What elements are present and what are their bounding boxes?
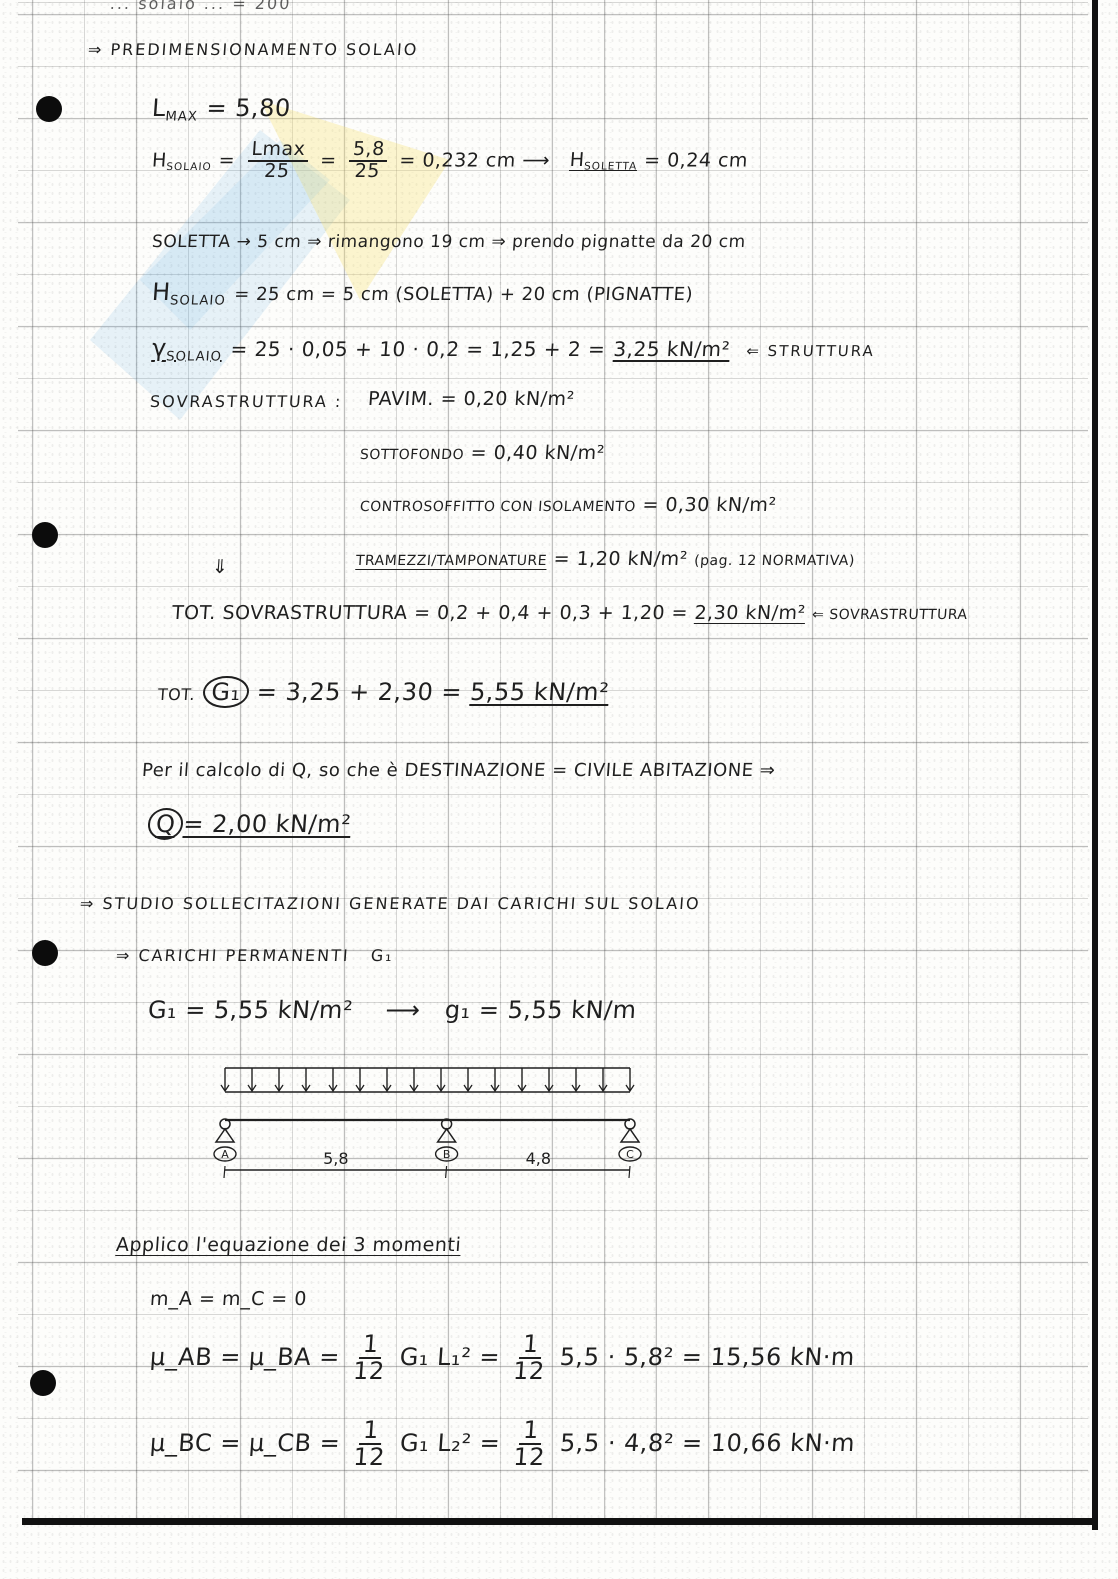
g1-total-line: TOT. G₁ = 3,25 + 2,30 = 5,55 kN/m² [157,676,610,708]
header-partial: ... solaio ... = 200 [109,0,292,13]
total-label: TOT. SOVRASTRUTTURA [171,602,408,624]
lhs: μ_AB = μ_BA = [149,1343,341,1371]
gamma-solaio-line: γSOLAIO = 25 · 0,05 + 10 · 0,2 = 1,25 + … [151,334,876,365]
frac-den: 12 [352,1445,385,1470]
punch-hole [30,1370,56,1396]
frac-num: Lmax [248,140,310,162]
frac-num: 1 [519,1418,543,1445]
fraction-1-12: 112 [352,1332,387,1384]
g1-text: = 3,25 + 2,30 = [256,678,463,706]
q-intro-line: Per il calcolo di Q, so che è DESTINAZIO… [141,760,776,781]
q-result: = 2,00 kN/m² [182,810,352,838]
sovrastruttura-label: SOVRASTRUTTURA : [149,392,343,411]
punch-hole [36,96,62,122]
punch-hole [32,522,58,548]
q-circled: Q [147,808,185,840]
arrow-icon: ⟶ [385,996,422,1024]
total-note: ⇐ SOVRASTRUTTURA [812,607,969,623]
tot-prefix: TOT. [157,685,196,704]
g1-line-load: g₁ = 5,55 kN/m [444,996,638,1024]
calc: 5,5 · 4,8² = [559,1429,704,1457]
h-symbol: H [151,149,167,171]
mid: G₁ L₂² = [399,1429,501,1457]
hsolaio-total-line: HSOLAIO = 25 cm = 5 cm (SOLETTA) + 20 cm… [151,278,694,309]
sovra-item-sottofondo: SOTTOFONDO = 0,40 kN/m² [359,442,605,464]
frac-num: 1 [359,1332,383,1359]
sovra-item-controsoffitto: CONTROSOFFITTO CON ISOLAMENTO = 0,30 kN/… [359,494,777,516]
g1-result: 5,55 kN/m² [469,678,610,706]
fraction-lmax-25: Lmax25 [246,140,309,182]
svg-text:A: A [221,1148,229,1161]
item-name: CONTROSOFFITTO CON ISOLAMENTO [359,499,636,515]
total-text: = 0,2 + 0,4 + 0,3 + 1,20 = [413,602,688,624]
struttura-note: ⇐ STRUTTURA [746,342,876,360]
lmax-sub: MAX [165,110,198,125]
soletta-line: SOLETTA → 5 cm ⇒ rimangono 19 cm ⇒ prend… [151,232,746,252]
frac-den: 12 [513,1445,546,1470]
total-result: 2,30 kN/m² [694,602,807,624]
item-value: = 0,20 kN/m² [440,388,576,410]
svg-text:B: B [443,1148,451,1161]
scan-edge-right [1092,0,1098,1530]
fraction-58-25: 5,825 [348,140,389,182]
hsolaio-result: = 0,232 cm ⟶ [399,149,551,171]
h-sub: SOLAIO [166,161,212,173]
subtitle-symbol: G₁ [370,946,394,965]
frac-den: 12 [512,1359,545,1384]
down-arrow: ⇓ [211,556,229,578]
g1-circled: G₁ [202,676,249,708]
gamma-symbol: γSOLAIO [151,334,223,362]
gamma-sub: SOLAIO [166,350,223,365]
section-title-predimensionamento: ⇒ PREDIMENSIONAMENTO SOLAIO [87,40,419,59]
fraction-1-12: 112 [352,1418,387,1470]
fraction-1-12: 112 [513,1418,548,1470]
punch-hole [32,940,58,966]
sovra-item-pavimento: PAVIM. = 0,20 kN/m² [367,388,575,410]
section-title-studio: ⇒ STUDIO SOLLECITAZIONI GENERATE DAI CAR… [79,894,701,913]
svg-text:4,8: 4,8 [526,1149,551,1168]
item-value: = 1,20 kN/m² [553,548,689,570]
lhs: μ_BC = μ_CB = [149,1429,341,1457]
svg-text:5,8: 5,8 [323,1149,348,1168]
h-sub: SOLAIO [169,294,226,309]
hsolaio-total-text: = 25 cm = 5 cm (SOLETTA) + 20 cm (PIGNAT… [234,284,694,305]
gamma-result: 3,25 kN/m² [613,337,731,361]
fraction-1-12: 112 [512,1332,547,1384]
continuous-beam-diagram: ABC5,84,8 [200,1060,660,1190]
g1-load-line: G₁ = 5,55 kN/m² ⟶ g₁ = 5,55 kN/m [147,996,637,1024]
frac-den: 12 [352,1359,385,1384]
moment-eq-bc: μ_BC = μ_CB = 112 G₁ L₂² = 112 5,5 · 4,8… [148,1418,857,1470]
boundary-condition: m_A = m_C = 0 [149,1288,307,1310]
svg-text:C: C [626,1148,634,1161]
result: 15,56 kN·m [710,1343,856,1371]
hsolaio-calc-line: HSOLAIO = Lmax25 = 5,825 = 0,232 cm ⟶ HS… [151,140,750,182]
frac-num: 1 [519,1332,543,1359]
item-name: PAVIM. [367,388,435,410]
item-name: SOTTOFONDO [359,447,464,463]
intro-text: Applico l'equazione dei 3 momenti [115,1234,462,1256]
item-value: = 0,30 kN/m² [642,494,778,516]
lmax-value: = 5,80 [206,94,292,122]
lmax-line: LMAX = 5,80 [151,94,292,125]
h-symbol: H [151,278,172,306]
subtitle: ⇒ CARICHI PERMANENTI [115,946,350,965]
hsoletta-sub: SOLETTA [584,161,638,173]
sovra-item-tramezzi: TRAMEZZI/TAMPONATURE = 1,20 kN/m² (pag. … [355,548,856,570]
frac-num: 5,8 [349,140,388,162]
g1-area-load: G₁ = 5,55 kN/m² [147,996,354,1024]
scan-edge-bottom [22,1518,1098,1525]
hsoletta-value: = 0,24 cm [643,149,748,171]
result: 10,66 kN·m [710,1429,856,1457]
frac-num: 1 [359,1418,383,1445]
calc: 5,5 · 5,8² = [559,1343,704,1371]
item-name: TRAMEZZI/TAMPONATURE [355,553,547,569]
hsoletta: HSOLETTA [569,149,638,171]
sovra-total-line: TOT. SOVRASTRUTTURA = 0,2 + 0,4 + 0,3 + … [171,602,968,624]
equals: = [218,149,236,171]
item-value: = 0,40 kN/m² [470,442,606,464]
three-moments-intro: Applico l'equazione dei 3 momenti [115,1234,462,1256]
mid: G₁ L₁² = [399,1343,501,1371]
frac-den: 25 [264,162,291,182]
frac-den: 25 [354,162,381,182]
carichi-permanenti-title: ⇒ CARICHI PERMANENTI G₁ [115,946,394,965]
moment-eq-ab: μ_AB = μ_BA = 112 G₁ L₁² = 112 5,5 · 5,8… [148,1332,856,1384]
item-note: (pag. 12 NORMATIVA) [694,553,856,569]
q-result-line: Q= 2,00 kN/m² [147,808,352,840]
gamma-text: = 25 · 0,05 + 10 · 0,2 = 1,25 + 2 = [230,337,606,361]
